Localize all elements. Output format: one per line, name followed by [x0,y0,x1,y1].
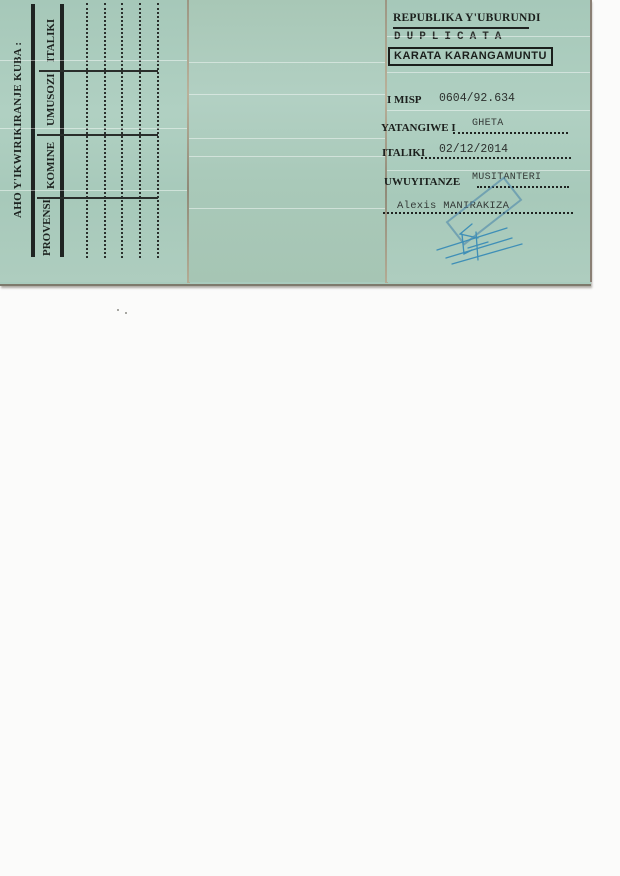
field-dotted-line [453,132,568,134]
duplicata-label: DUPLICATA [394,31,507,43]
field-value-misp: 0604/92.634 [439,92,515,105]
column-header-provensi: PROVENSI [41,199,53,256]
field-label-italiki: ITALIKI [382,147,425,159]
table-border-left [31,4,35,257]
field-label-uwuyitanze: UWUYITANZE [384,176,460,188]
title-underline [393,27,529,29]
field-value-date: 02/12/2014 [439,143,508,156]
right-panel: REPUBLIKA Y'UBURUNDI DUPLICATA KARATA KA… [387,0,592,282]
scan-speck [117,309,119,311]
column-header-komine: KOMINE [45,142,57,189]
table-border-header [60,4,64,257]
middle-panel-blank [189,0,385,282]
left-panel: AHO Y'IKWIRIKIRANJE KUBA : PROVENSI KOMI… [0,0,187,282]
field-label-yatangiwe: YATANGIWE I [381,122,456,134]
table-row-line [104,3,106,258]
country-title: REPUBLIKA Y'UBURUNDI [393,12,541,24]
table-row-line [139,3,141,258]
left-panel-heading: AHO Y'IKWIRIKIRANJE KUBA : [12,42,24,218]
scan-speck [125,312,127,314]
signature-icon [432,220,532,270]
table-row-line [121,3,123,258]
field-value-place: GHETA [472,118,504,129]
table-row-line [157,3,159,258]
field-dotted-line [421,157,571,159]
card-title-box: KARATA KARANGAMUNTU [388,47,553,66]
field-label-misp: I MISP [387,94,422,106]
column-header-umusozi: UMUSOZI [45,73,57,126]
id-card: AHO Y'IKWIRIKIRANJE KUBA : PROVENSI KOMI… [0,0,591,286]
column-header-italiki: ITALIKI [45,19,57,62]
table-row-line [86,3,88,258]
